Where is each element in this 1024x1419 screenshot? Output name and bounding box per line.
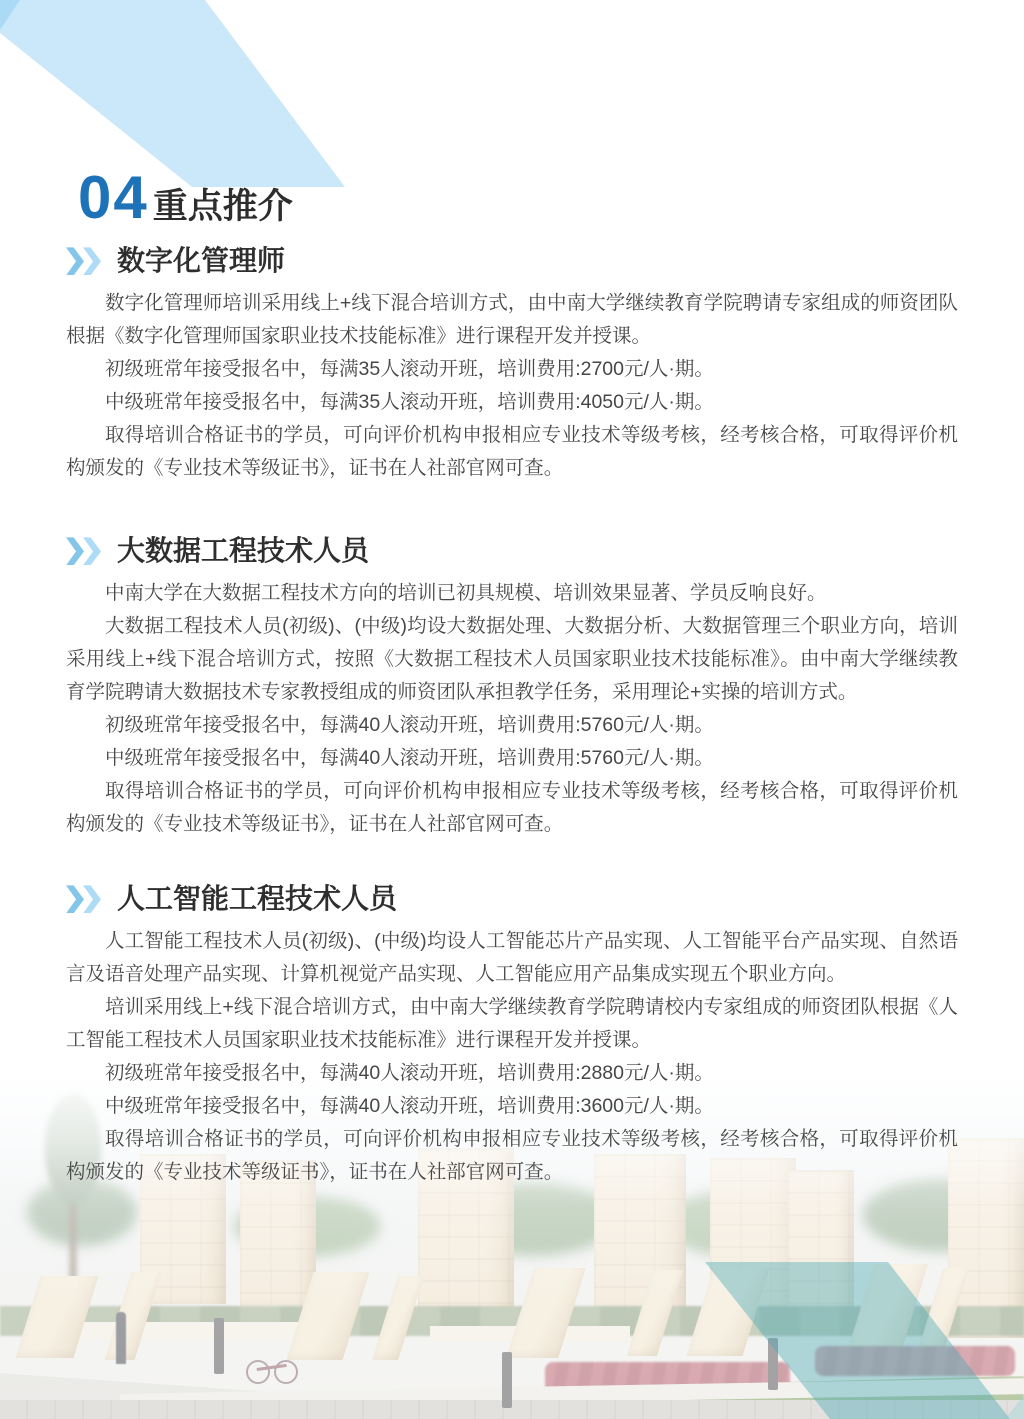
section-number: 04 bbox=[78, 168, 149, 228]
page-title: 重点推介 bbox=[153, 189, 293, 224]
paragraph: 取得培训合格证书的学员，可向评价机构申报相应专业技术等级考核，经考核合格，可取得… bbox=[66, 419, 958, 485]
section-heading: 数字化管理师 bbox=[66, 246, 958, 277]
double-chevron-icon bbox=[66, 885, 101, 913]
paragraph: 人工智能工程技术人员(初级)、(中级)均设人工智能芯片产品实现、人工智能平台产品… bbox=[66, 925, 958, 991]
paragraph: 中级班常年接受报名中，每满40人滚动开班，培训费用:3600元/人·期。 bbox=[66, 1090, 958, 1123]
paragraph: 取得培训合格证书的学员，可向评价机构申报相应专业技术等级考核，经考核合格，可取得… bbox=[66, 1123, 958, 1189]
section-big-data-engineer: 大数据工程技术人员 中南大学在大数据工程技术方向的培训已初具规模、培训效果显著、… bbox=[66, 536, 958, 841]
paragraph: 大数据工程技术人员(初级)、(中级)均设大数据处理、大数据分析、大数据管理三个职… bbox=[66, 610, 958, 709]
section-title: 数字化管理师 bbox=[117, 246, 285, 277]
section-title: 人工智能工程技术人员 bbox=[117, 884, 397, 915]
section-title: 大数据工程技术人员 bbox=[117, 536, 369, 567]
page-header: 04 重点推介 bbox=[78, 168, 293, 228]
section-heading: 人工智能工程技术人员 bbox=[66, 884, 958, 915]
section-heading: 大数据工程技术人员 bbox=[66, 536, 958, 567]
paragraph: 初级班常年接受报名中，每满40人滚动开班，培训费用:5760元/人·期。 bbox=[66, 709, 958, 742]
top-left-parallelogram-decoration bbox=[0, 0, 360, 187]
paragraph: 中级班常年接受报名中，每满35人滚动开班，培训费用:4050元/人·期。 bbox=[66, 386, 958, 419]
paragraph: 初级班常年接受报名中，每满40人滚动开班，培训费用:2880元/人·期。 bbox=[66, 1057, 958, 1090]
double-chevron-icon bbox=[66, 247, 101, 275]
section-ai-engineer: 人工智能工程技术人员 人工智能工程技术人员(初级)、(中级)均设人工智能芯片产品… bbox=[66, 884, 958, 1189]
paragraph: 数字化管理师培训采用线上+线下混合培训方式，由中南大学继续教育学院聘请专家组成的… bbox=[66, 287, 958, 353]
paragraph: 培训采用线上+线下混合培训方式，由中南大学继续教育学院聘请校内专家组成的师资团队… bbox=[66, 991, 958, 1057]
paragraph: 取得培训合格证书的学员，可向评价机构申报相应专业技术等级考核，经考核合格，可取得… bbox=[66, 775, 958, 841]
paragraph: 中南大学在大数据工程技术方向的培训已初具规模、培训效果显著、学员反响良好。 bbox=[66, 577, 958, 610]
double-chevron-icon bbox=[66, 537, 101, 565]
section-digital-manager: 数字化管理师 数字化管理师培训采用线上+线下混合培训方式，由中南大学继续教育学院… bbox=[66, 246, 958, 485]
paragraph: 初级班常年接受报名中，每满35人滚动开班，培训费用:2700元/人·期。 bbox=[66, 353, 958, 386]
paragraph: 中级班常年接受报名中，每满40人滚动开班，培训费用:5760元/人·期。 bbox=[66, 742, 958, 775]
